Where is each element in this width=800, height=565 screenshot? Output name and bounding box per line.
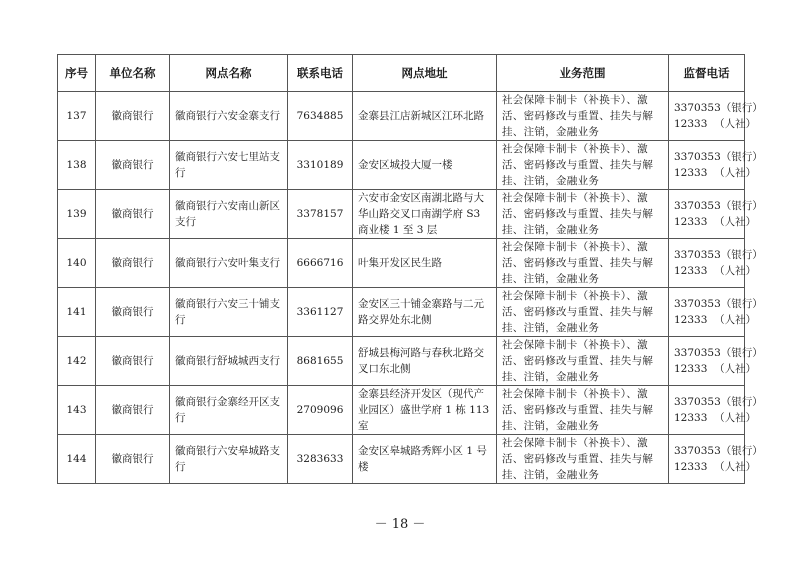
cell-supervision: 3370353（银行）12333 （人社） — [669, 386, 745, 435]
supervision-bank: 3370353（银行） — [674, 394, 739, 410]
cell-branch: 徽商银行舒城城西支行 — [170, 337, 288, 386]
cell-branch: 徽商银行六安三十铺支行 — [170, 288, 288, 337]
cell-phone: 3310189 — [288, 141, 353, 190]
header-branch: 网点名称 — [170, 55, 288, 92]
cell-phone: 8681655 — [288, 337, 353, 386]
supervision-hr: 12333 （人社） — [674, 214, 739, 230]
supervision-bank: 3370353（银行） — [674, 149, 739, 165]
table-row: 140徽商银行徽商银行六安叶集支行6666716叶集开发区民生路社会保障卡制卡（… — [58, 239, 745, 288]
cell-phone: 3378157 — [288, 190, 353, 239]
cell-supervision: 3370353（银行）12333 （人社） — [669, 190, 745, 239]
supervision-bank: 3370353（银行） — [674, 443, 739, 459]
table-header-row: 序号 单位名称 网点名称 联系电话 网点地址 业务范围 监督电话 — [58, 55, 745, 92]
cell-seq: 144 — [58, 435, 96, 484]
supervision-hr: 12333 （人社） — [674, 165, 739, 181]
cell-unit: 徽商银行 — [96, 435, 170, 484]
cell-address: 金安区皋城路秀辉小区 1 号楼 — [353, 435, 497, 484]
cell-scope: 社会保障卡制卡（补换卡）、激活、密码修改与重置、挂失与解挂、注销，金融业务 — [497, 337, 669, 386]
table-row: 143徽商银行徽商银行金寨经开区支行2709096金寨县经济开发区（现代产业园区… — [58, 386, 745, 435]
cell-address: 六安市金安区南湖北路与大华山路交叉口南湖学府 S3 商业楼 1 至 3 层 — [353, 190, 497, 239]
cell-unit: 徽商银行 — [96, 141, 170, 190]
cell-scope: 社会保障卡制卡（补换卡）、激活、密码修改与重置、挂失与解挂、注销，金融业务 — [497, 190, 669, 239]
cell-seq: 142 — [58, 337, 96, 386]
cell-supervision: 3370353（银行）12333 （人社） — [669, 435, 745, 484]
cell-supervision: 3370353（银行）12333 （人社） — [669, 239, 745, 288]
cell-unit: 徽商银行 — [96, 190, 170, 239]
header-scope: 业务范围 — [497, 55, 669, 92]
supervision-hr: 12333 （人社） — [674, 263, 739, 279]
cell-address: 金安区城投大厦一楼 — [353, 141, 497, 190]
cell-unit: 徽商银行 — [96, 386, 170, 435]
supervision-hr: 12333 （人社） — [674, 116, 739, 132]
cell-scope: 社会保障卡制卡（补换卡）、激活、密码修改与重置、挂失与解挂、注销，金融业务 — [497, 386, 669, 435]
page-number: － 18 － — [0, 513, 800, 532]
header-seq: 序号 — [58, 55, 96, 92]
header-address: 网点地址 — [353, 55, 497, 92]
supervision-bank: 3370353（银行） — [674, 296, 739, 312]
cell-scope: 社会保障卡制卡（补换卡）、激活、密码修改与重置、挂失与解挂、注销，金融业务 — [497, 435, 669, 484]
table-row: 141徽商银行徽商银行六安三十铺支行3361127金安区三十铺金寨路与二元路交界… — [58, 288, 745, 337]
cell-supervision: 3370353（银行）12333 （人社） — [669, 92, 745, 141]
cell-phone: 2709096 — [288, 386, 353, 435]
cell-seq: 139 — [58, 190, 96, 239]
header-supervision: 监督电话 — [669, 55, 745, 92]
cell-address: 舒城县梅河路与春秋北路交叉口东北侧 — [353, 337, 497, 386]
cell-seq: 141 — [58, 288, 96, 337]
cell-address: 金安区三十铺金寨路与二元路交界处东北侧 — [353, 288, 497, 337]
cell-phone: 3283633 — [288, 435, 353, 484]
cell-branch: 徽商银行金寨经开区支行 — [170, 386, 288, 435]
cell-scope: 社会保障卡制卡（补换卡）、激活、密码修改与重置、挂失与解挂、注销，金融业务 — [497, 92, 669, 141]
cell-branch: 徽商银行六安叶集支行 — [170, 239, 288, 288]
supervision-hr: 12333 （人社） — [674, 361, 739, 377]
cell-seq: 137 — [58, 92, 96, 141]
cell-seq: 138 — [58, 141, 96, 190]
cell-unit: 徽商银行 — [96, 337, 170, 386]
cell-scope: 社会保障卡制卡（补换卡）、激活、密码修改与重置、挂失与解挂、注销，金融业务 — [497, 239, 669, 288]
cell-scope: 社会保障卡制卡（补换卡）、激活、密码修改与重置、挂失与解挂、注销，金融业务 — [497, 288, 669, 337]
supervision-hr: 12333 （人社） — [674, 459, 739, 475]
cell-unit: 徽商银行 — [96, 288, 170, 337]
supervision-bank: 3370353（银行） — [674, 100, 739, 116]
table-row: 139徽商银行徽商银行六安南山新区支行3378157六安市金安区南湖北路与大华山… — [58, 190, 745, 239]
cell-address: 叶集开发区民生路 — [353, 239, 497, 288]
branch-table: 序号 单位名称 网点名称 联系电话 网点地址 业务范围 监督电话 137徽商银行… — [57, 54, 745, 484]
cell-address: 金寨县江店新城区江环北路 — [353, 92, 497, 141]
cell-seq: 140 — [58, 239, 96, 288]
cell-supervision: 3370353（银行）12333 （人社） — [669, 337, 745, 386]
cell-branch: 徽商银行六安金寨支行 — [170, 92, 288, 141]
cell-phone: 3361127 — [288, 288, 353, 337]
table-row: 137徽商银行徽商银行六安金寨支行7634885金寨县江店新城区江环北路社会保障… — [58, 92, 745, 141]
cell-branch: 徽商银行六安南山新区支行 — [170, 190, 288, 239]
cell-unit: 徽商银行 — [96, 92, 170, 141]
table-row: 144徽商银行徽商银行六安皋城路支行3283633金安区皋城路秀辉小区 1 号楼… — [58, 435, 745, 484]
cell-scope: 社会保障卡制卡（补换卡）、激活、密码修改与重置、挂失与解挂、注销，金融业务 — [497, 141, 669, 190]
header-unit: 单位名称 — [96, 55, 170, 92]
cell-supervision: 3370353（银行）12333 （人社） — [669, 288, 745, 337]
supervision-bank: 3370353（银行） — [674, 345, 739, 361]
supervision-bank: 3370353（银行） — [674, 198, 739, 214]
supervision-hr: 12333 （人社） — [674, 312, 739, 328]
cell-unit: 徽商银行 — [96, 239, 170, 288]
supervision-hr: 12333 （人社） — [674, 410, 739, 426]
table-row: 138徽商银行徽商银行六安七里站支行3310189金安区城投大厦一楼社会保障卡制… — [58, 141, 745, 190]
cell-branch: 徽商银行六安皋城路支行 — [170, 435, 288, 484]
header-phone: 联系电话 — [288, 55, 353, 92]
cell-seq: 143 — [58, 386, 96, 435]
cell-phone: 7634885 — [288, 92, 353, 141]
cell-supervision: 3370353（银行）12333 （人社） — [669, 141, 745, 190]
cell-address: 金寨县经济开发区（现代产业园区）盛世学府 1 栋 113 室 — [353, 386, 497, 435]
cell-phone: 6666716 — [288, 239, 353, 288]
table-row: 142徽商银行徽商银行舒城城西支行8681655舒城县梅河路与春秋北路交叉口东北… — [58, 337, 745, 386]
cell-branch: 徽商银行六安七里站支行 — [170, 141, 288, 190]
supervision-bank: 3370353（银行） — [674, 247, 739, 263]
